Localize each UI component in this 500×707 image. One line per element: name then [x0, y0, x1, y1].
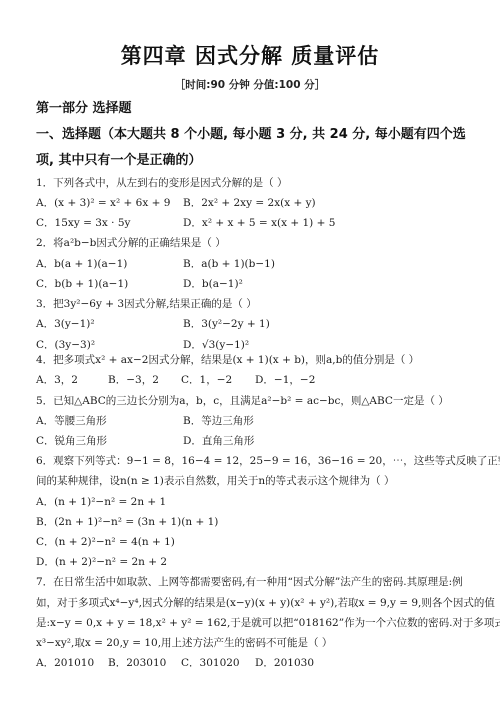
- section-heading: 一、选择题（本大题共 8 个小题, 每小题 3 分, 共 24 分, 每小题有四…: [36, 122, 476, 174]
- question-5-option-a: A．等腰三角形: [36, 414, 107, 428]
- question-7-stem-line-1: 7．在日常生活中如取款、上网等都需要密码,有一种用“因式分解”法产生的密码.其原…: [36, 575, 463, 589]
- question-5-option-b: B．等边三角形: [183, 414, 254, 428]
- question-3-option-b: B．3(y²−2y + 1): [183, 317, 270, 331]
- question-3-option-a: A．3(y−1)²: [36, 317, 95, 331]
- question-2-option-b: B．a(b + 1)(b−1): [183, 257, 275, 271]
- question-4-option-c: C．1，−2: [181, 373, 232, 387]
- question-7-option-c: C．301020: [181, 656, 240, 670]
- question-7-stem-line-4: x³−xy²,取x = 20,y = 10,用上述方法产生的密码不可能是（ ）: [36, 636, 332, 650]
- question-4-option-a: A．3，2: [36, 373, 78, 387]
- question-3-stem: 3．把3y²−6y + 3因式分解,结果正确的是（ ）: [36, 297, 257, 311]
- exam-time-score: ［时间:90 分钟 分值:100 分］: [0, 77, 500, 92]
- question-4-option-b: B．−3，2: [108, 373, 159, 387]
- question-1-stem: 1．下列各式中，从左到右的变形是因式分解的是（ ）: [36, 176, 288, 190]
- question-1-option-c: C．15xy = 3x · 5y: [36, 216, 130, 230]
- question-7-stem-line-3: 是:x−y = 0,x + y = 18,x² + y² = 162,于是就可以…: [36, 616, 500, 630]
- question-2-stem: 2．将a²b−b因式分解的正确结果是（ ）: [36, 236, 226, 250]
- question-2-option-c: C．b(b + 1)(a−1): [36, 277, 128, 291]
- question-6-stem-line-1: 6．观察下列等式：9−1 = 8，16−4 = 12，25−9 = 16，36−…: [36, 454, 500, 468]
- part-heading: 第一部分 选择题: [36, 97, 132, 116]
- question-5-stem: 5．已知△ABC的三边长分别为a，b，c，且满足a²−b² = ac−bc，则△…: [36, 394, 449, 408]
- question-6-option-d: D．(n + 2)²−n² = 2n + 2: [36, 555, 167, 569]
- question-7-option-a: A．201010: [36, 656, 94, 670]
- question-6-stem-line-2: 间的某种规律，设n(n ≥ 1)表示自然数，用关于n的等式表示这个规律为（ ）: [36, 474, 394, 488]
- question-3-option-d: D．√3(y−1)²: [183, 338, 249, 352]
- question-6-option-b: B．(2n + 1)²−n² = (3n + 1)(n + 1): [36, 515, 218, 529]
- question-6-option-a: A．(n + 1)²−n² = 2n + 1: [36, 495, 166, 509]
- question-2-option-a: A．b(a + 1)(a−1): [36, 257, 127, 271]
- question-7-stem-line-2: 如，对于多项式x⁴−y⁴,因式分解的结果是(x−y)(x + y)(x² + y…: [36, 596, 495, 610]
- page-title: 第四章 因式分解 质量评估: [0, 40, 500, 70]
- question-3-option-c: C．(3y−3)²: [36, 338, 95, 352]
- question-7-option-d: D．201030: [255, 656, 314, 670]
- question-2-option-d: D．b(a−1)²: [183, 277, 243, 291]
- question-4-stem: 4．把多项式x² + ax−2因式分解，结果是(x + 1)(x + b)，则a…: [36, 353, 419, 367]
- question-1-option-b: B．2x² + 2xy = 2x(x + y): [183, 196, 316, 210]
- question-1-option-a: A．(x + 3)² = x² + 6x + 9: [36, 196, 170, 210]
- question-6-option-c: C．(n + 2)²−n² = 4(n + 1): [36, 535, 175, 549]
- question-5-option-d: D．直角三角形: [183, 434, 254, 448]
- question-5-option-c: C．锐角三角形: [36, 434, 107, 448]
- exam-page: 第四章 因式分解 质量评估 ［时间:90 分钟 分值:100 分］ 第一部分 选…: [0, 0, 500, 707]
- question-4-option-d: D．−1，−2: [255, 373, 315, 387]
- question-1-option-d: D．x² + x + 5 = x(x + 1) + 5: [183, 216, 335, 230]
- question-7-option-b: B．203010: [108, 656, 166, 670]
